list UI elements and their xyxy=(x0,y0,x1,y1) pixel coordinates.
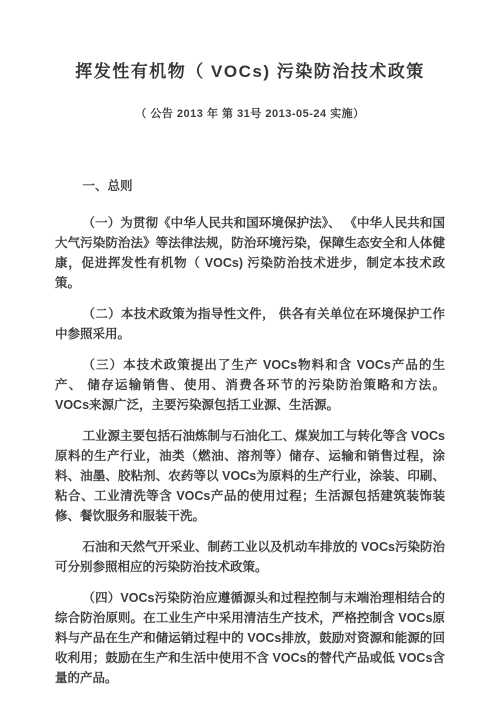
document-body: 一、总则 （一）为贯彻《中华人民共和国环境保护法》、 《中华人民共和国大气污染防… xyxy=(55,176,445,688)
paragraph-3: （三）本技术政策提出了生产 VOCs物料和含 VOCs产品的生产、 储存运输销售… xyxy=(55,355,445,415)
document-title: 挥发性有机物（ VOCs) 污染防治技术政策 xyxy=(36,0,464,84)
paragraph-1: （一）为贯彻《中华人民共和国环境保护法》、 《中华人民共和国大气污染防治法》等法… xyxy=(55,213,445,293)
paragraph-4: 工业源主要包括石油炼制与石油化工、煤炭加工与转化等含 VOCs原料的生产行业，油… xyxy=(55,426,445,526)
paragraph-6: （四）VOCs污染防治应遵循源头和过程控制与末端治理相结合的综合防治原则。在工业… xyxy=(55,588,445,688)
document-subtitle: （ 公告 2013 年 第 31号 2013-05-24 实施） xyxy=(0,105,500,121)
paragraph-2: （二）本技术政策为指导性文件， 供各有关单位在环境保护工作中参照采用。 xyxy=(55,304,445,344)
document-page: 挥发性有机物（ VOCs) 污染防治技术政策 （ 公告 2013 年 第 31号… xyxy=(0,0,500,708)
paragraph-5: 石油和天然气开采业、制药工业以及机动车排放的 VOCs污染防治可分别参照相应的污… xyxy=(55,537,445,577)
section-heading: 一、总则 xyxy=(55,176,445,196)
